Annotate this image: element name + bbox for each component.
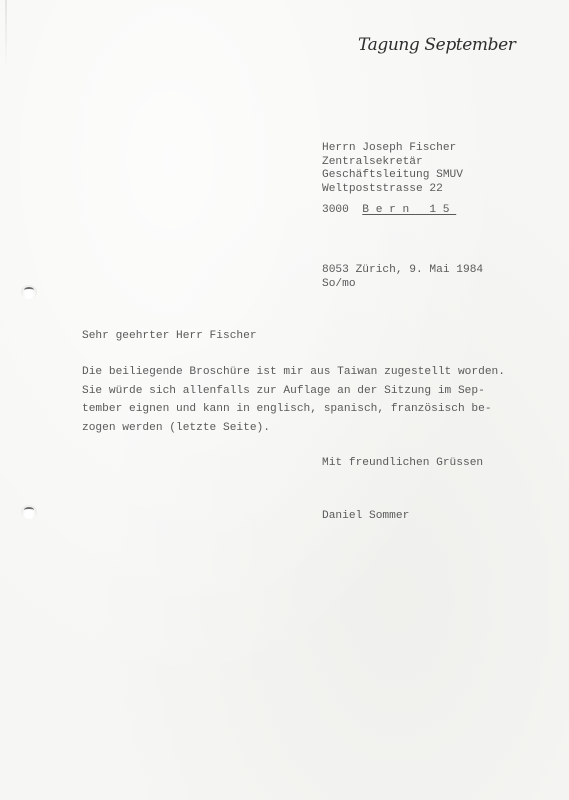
recipient-address: Herrn Joseph FischerZentralsekretärGesch… [322,142,463,196]
city-name: Bern 15 [362,204,456,216]
body-line: Die beiliegende Broschüre ist mir aus Ta… [82,363,505,382]
closing: Mit freundlichen Grüssen [322,457,483,471]
letter-body: Die beiliegende Broschüre ist mir aus Ta… [82,363,505,437]
handwritten-note: Tagung September [358,26,528,66]
place-date: 8053 Zürich, 9. Mai 1984 [322,264,483,278]
signatory-name: Daniel Sommer [322,510,409,524]
handwritten-note-text: Tagung September [358,35,517,55]
body-line: tember eignen und kann in englisch, span… [82,400,505,419]
recipient-city-line: 3000 Bern 15 [322,204,456,218]
place-date-block: 8053 Zürich, 9. Mai 1984So/mo [322,264,483,291]
salutation: Sehr geehrter Herr Fischer [82,330,257,344]
recipient-line-street: Weltpoststrasse 22 [322,183,463,197]
paper-edge-mark [5,0,7,70]
recipient-line-title: Zentralsekretär [322,156,463,170]
recipient-line-name: Herrn Joseph Fischer [322,142,463,156]
body-line: Sie würde sich allenfalls zur Auflage an… [82,382,505,401]
recipient-line-organization: Geschäftsleitung SMUV [322,169,463,183]
letter-page: Tagung September Herrn Joseph FischerZen… [0,0,569,800]
punch-hole-icon [21,505,37,519]
handwriting-icon: Tagung September [358,26,528,66]
postal-code: 3000 [322,204,349,216]
body-line: zogen werden (letzte Seite). [82,419,505,438]
punch-hole-icon [21,285,37,299]
reference-initials: So/mo [322,278,483,292]
